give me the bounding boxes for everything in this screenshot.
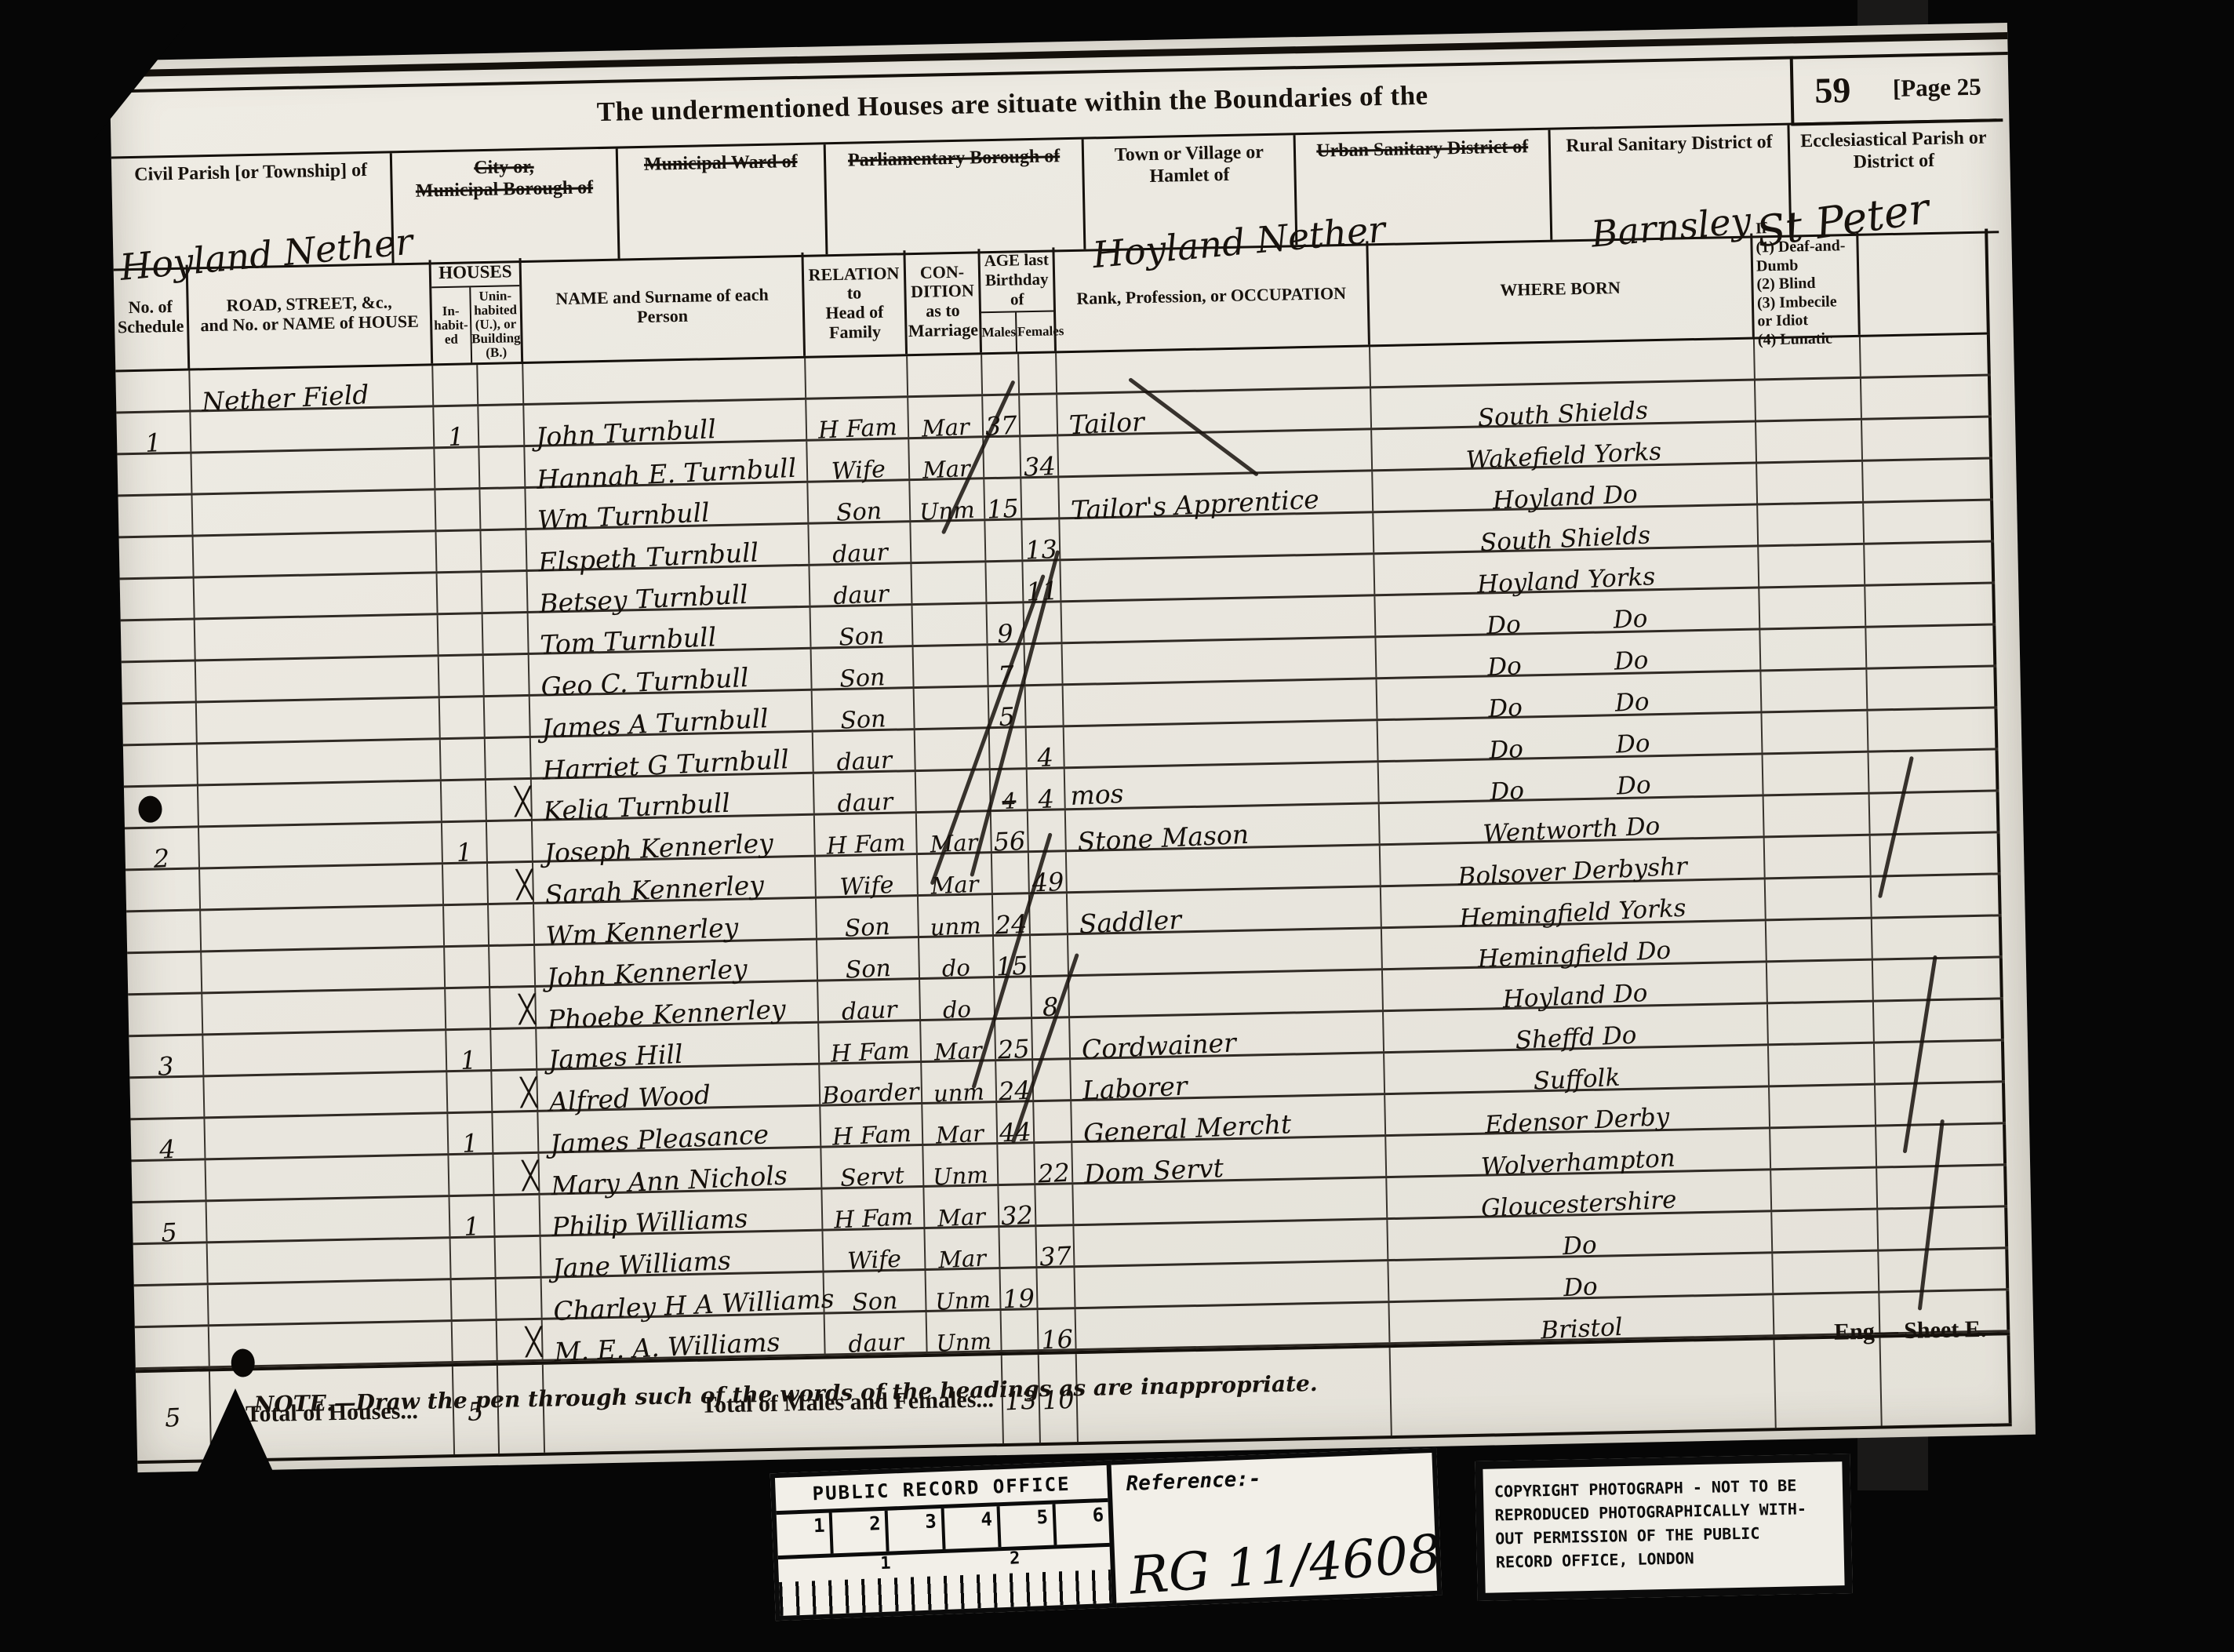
- handwritten-entry: Do: [1563, 1233, 1598, 1259]
- cell-schedule: [129, 1077, 205, 1118]
- inch-scale-number: 1: [880, 1554, 891, 1574]
- cell-road: [192, 490, 436, 534]
- cell-where-born: Hemingfield Yorks: [1381, 879, 1766, 926]
- cell-uninhabited: [497, 1279, 543, 1319]
- cell-occupation: [1067, 846, 1381, 891]
- cell-occupation: [1064, 679, 1378, 725]
- cell-where-born: Bristol: [1389, 1295, 1774, 1342]
- score-mark: ╳: [522, 1160, 539, 1192]
- cell-schedule: [126, 911, 202, 952]
- handwritten-entry: Son: [839, 666, 886, 692]
- cell-name: James Pleasance: [538, 1107, 821, 1152]
- cell-schedule: [115, 371, 191, 412]
- cell-schedule: 3: [129, 1035, 204, 1076]
- cell-where-born: Hoyland Do: [1373, 464, 1758, 511]
- handwritten-entry: daur: [835, 749, 892, 775]
- cell-infirmity: [1757, 462, 1864, 504]
- district-field-label: Civil Parish [or Township] of: [111, 159, 390, 187]
- cell-name: Alfred Wood╳: [537, 1065, 820, 1110]
- cell-name: James Hill: [537, 1024, 820, 1068]
- cell-road: [191, 407, 435, 451]
- cell-condition: [916, 770, 991, 811]
- cell-condition: [908, 355, 983, 395]
- cell-relation: Son: [811, 606, 914, 647]
- cell-uninhabited: [484, 655, 530, 695]
- cell-occupation: [1061, 555, 1375, 600]
- cell-age-female: 37: [1036, 1226, 1075, 1266]
- cell-name: Tom Turnbull: [529, 608, 812, 653]
- cell-schedule: 1: [116, 413, 191, 453]
- cell-relation: Wife: [816, 855, 919, 897]
- district-field-label: Urban Sanitary District of: [1296, 136, 1548, 163]
- cell-where-born: South Shields: [1371, 380, 1756, 428]
- cell-relation: daur: [809, 522, 911, 564]
- cell-age-female: [1020, 395, 1058, 435]
- cell-uninhabited: [481, 530, 527, 570]
- cell-relation: H Fam: [822, 1188, 925, 1229]
- cell-name: Wm Turnbull: [526, 483, 809, 528]
- district-field: Town or Village or Hamlet ofHoyland Neth…: [1084, 135, 1298, 249]
- page-label: [Page 25: [1893, 73, 1981, 103]
- cell-occupation: Tailor: [1057, 388, 1372, 434]
- cell-age-female: 34: [1021, 436, 1059, 476]
- cell-margin: [1862, 417, 1992, 459]
- cell-name: Mary Ann Nichols╳: [539, 1148, 822, 1193]
- cell-infirmity: [1759, 545, 1865, 587]
- cell-occupation: Tailor's Apprentice: [1059, 471, 1374, 517]
- cell-inhabited: [441, 739, 486, 779]
- cell-age-male: [982, 354, 1020, 394]
- cell-age-female: [1021, 478, 1060, 518]
- cell-where-born: Do Do: [1379, 755, 1764, 802]
- cell-margin: [1865, 542, 1995, 584]
- handwritten-entry: 9: [997, 620, 1014, 646]
- district-field-label: City or, Municipal Borough of: [392, 155, 617, 203]
- age-unit-note: mos: [1070, 781, 1125, 809]
- cell-occupation: General Mercht: [1072, 1095, 1386, 1141]
- cell-road: [200, 864, 444, 908]
- cell-name: Joseph Kennerley: [533, 816, 816, 861]
- cell-margin: [1874, 999, 2004, 1041]
- cell-uninhabited: [491, 1029, 537, 1069]
- cell-road: [203, 1031, 447, 1075]
- struck-age: 4: [1001, 790, 1016, 813]
- cell-road: [202, 948, 446, 992]
- cell-infirmity: [1759, 587, 1866, 628]
- cell-where-born: Hoyland Do: [1383, 962, 1768, 1010]
- handwritten-entry: Suffolk: [1533, 1066, 1621, 1094]
- cell-age-female: [1031, 935, 1069, 975]
- cell-name: Phoebe Kennerley╳: [536, 982, 819, 1027]
- cell-occupation: [1061, 596, 1376, 642]
- handwritten-entry: H Fam: [833, 1206, 913, 1233]
- cell-relation: daur: [810, 564, 912, 606]
- cell-occupation: Laborer: [1071, 1053, 1385, 1099]
- cell-where-born: South Shields: [1374, 505, 1759, 552]
- cell-infirmity: [1770, 1127, 1877, 1169]
- cell-condition: [911, 562, 987, 603]
- folio-box: 59 [Page 25: [1790, 54, 2003, 126]
- cell-schedule: [118, 496, 194, 537]
- handwritten-entry: Unm: [935, 1288, 991, 1313]
- cell-schedule: 5: [133, 1202, 208, 1243]
- cell-where-born: Wolverhampton: [1386, 1129, 1771, 1176]
- cell-condition: [915, 687, 990, 728]
- handwritten-entry: Unm: [933, 1163, 989, 1188]
- cell-age-male: 15: [984, 478, 1022, 519]
- cell-inhabited: [442, 781, 487, 821]
- cell-relation: Son: [817, 938, 920, 980]
- cell-age-female: [1034, 1101, 1072, 1141]
- cell-age-male: [992, 853, 1030, 893]
- cell-uninhabited: [486, 738, 532, 778]
- district-field: Parliamentary Borough of: [825, 140, 1086, 255]
- cell-margin: [1872, 875, 2002, 916]
- column-header-relation: RELATION to Head of Family: [803, 250, 908, 356]
- column-header-houses: HOUSES: [431, 258, 520, 288]
- handwritten-entry: 22: [1037, 1160, 1070, 1187]
- cell-condition: unm: [922, 1061, 997, 1102]
- cell-name: John Turnbull: [524, 400, 807, 445]
- handwritten-entry: 1: [456, 839, 473, 865]
- handwritten-entry: daur: [841, 999, 897, 1024]
- handwritten-entry: Wife: [831, 458, 886, 484]
- cm-scale-number: 1: [777, 1512, 834, 1556]
- cell-occupation: [1075, 1261, 1389, 1307]
- cell-schedule: 2: [125, 828, 200, 868]
- cell-uninhabited: [489, 904, 535, 944]
- cell-inhabited: [439, 656, 485, 696]
- cell-occupation: [1064, 721, 1379, 766]
- cell-name: John Kennerley: [535, 941, 818, 985]
- handwritten-entry: H Fam: [826, 831, 906, 859]
- cell-infirmity: [1771, 1169, 1878, 1210]
- cell-occupation: [1057, 347, 1371, 392]
- folio-number: 59: [1814, 68, 1851, 111]
- score-mark: ╳: [526, 1326, 542, 1358]
- cell-road: Nether Field: [190, 366, 434, 409]
- cell-condition: Mar: [908, 396, 984, 437]
- cell-infirmity: [1756, 420, 1863, 462]
- cell-occupation: [1074, 1220, 1388, 1265]
- district-field-label: Ecclesiastical Parish or District of: [1790, 127, 1998, 174]
- score-mark: ╳: [518, 994, 535, 1025]
- cell-name: Betsey Turnbull: [528, 566, 811, 611]
- cell-relation: Wife: [807, 439, 910, 481]
- cell-relation: Son: [812, 647, 915, 689]
- cell-road: [195, 615, 439, 659]
- cell-relation: H Fam: [806, 398, 909, 439]
- cell-age-male: 56: [991, 811, 1029, 851]
- census-scan-photo: The undermentioned Houses are situate wi…: [0, 0, 2234, 1652]
- cell-road: [194, 532, 438, 576]
- cell-uninhabited: [482, 572, 529, 612]
- handwritten-entry: Mar: [921, 416, 970, 441]
- handwritten-entry: Unm: [936, 1330, 992, 1355]
- score-mark: ╳: [520, 1077, 537, 1108]
- cell-schedule: [135, 1326, 210, 1367]
- handwritten-entry: do: [943, 998, 972, 1022]
- cell-margin: [1861, 334, 1991, 376]
- cell-inhabited: 1: [434, 406, 479, 446]
- column-header-margin: [1858, 229, 1990, 335]
- cell-margin: [1863, 459, 1993, 500]
- handwritten-entry: daur: [847, 1331, 904, 1357]
- cell-inhabited: [446, 988, 491, 1028]
- cell-inhabited: [444, 905, 489, 945]
- cell-schedule: [128, 994, 203, 1035]
- cell-infirmity: [1762, 711, 1868, 753]
- handwritten-entry: H Fam: [830, 1039, 910, 1067]
- handwritten-entry: 19: [1002, 1286, 1035, 1312]
- handwritten-entry: 4: [1038, 786, 1055, 812]
- district-field: Municipal Ward of: [617, 144, 828, 258]
- cell-relation: [806, 356, 908, 398]
- cell-schedule: 4: [130, 1119, 206, 1159]
- cell-occupation: [1069, 970, 1384, 1016]
- handwritten-entry: 1: [460, 1047, 478, 1073]
- cell-where-born: Do: [1388, 1254, 1774, 1301]
- handwritten-entry: Servt: [840, 1164, 905, 1191]
- cell-uninhabited: [495, 1195, 541, 1235]
- cell-inhabited: [440, 697, 486, 737]
- cell-road: [201, 906, 445, 950]
- cell-inhabited: [435, 448, 480, 488]
- cell-occupation: [1076, 1303, 1391, 1348]
- cell-name: [523, 358, 806, 403]
- cell-relation: Son: [813, 689, 915, 730]
- cell-uninhabited: [487, 821, 533, 861]
- cm-scale-number: 4: [944, 1506, 1001, 1549]
- cm-scale-number: 2: [832, 1511, 890, 1554]
- cell-name: James A Turnbull: [530, 691, 813, 736]
- handwritten-entry: unm: [930, 915, 981, 940]
- cell-relation: Son: [817, 897, 919, 938]
- cell-inhabited: 1: [448, 1113, 493, 1153]
- cell-margin: [1865, 584, 1996, 625]
- cell-condition: [913, 604, 988, 645]
- cell-age-male: [986, 562, 1024, 602]
- handwritten-entry: Son: [839, 624, 885, 650]
- cell-occupation: [1063, 638, 1377, 683]
- cell-inhabited: [433, 365, 478, 405]
- handwritten-entry: 32: [1001, 1203, 1034, 1229]
- handwritten-entry: Son: [844, 915, 890, 941]
- handwritten-entry: 37: [1039, 1243, 1072, 1270]
- handwritten-entry: 5: [161, 1220, 178, 1246]
- cell-infirmity: [1761, 670, 1868, 711]
- handwritten-entry: 56: [993, 828, 1026, 855]
- cell-where-born: Do Do: [1376, 630, 1761, 677]
- cell-age-female: 4: [1028, 769, 1066, 809]
- cell-road: [206, 1155, 450, 1199]
- cell-name: Hannah E. Turnbull: [525, 442, 808, 486]
- handwritten-entry: 4: [159, 1137, 176, 1163]
- cell-age-female: [1037, 1268, 1075, 1308]
- cell-relation: Son: [824, 1271, 927, 1312]
- handwritten-entry: do: [942, 956, 971, 981]
- cell-infirmity: [1772, 1210, 1879, 1252]
- cell-inhabited: [438, 614, 484, 654]
- cell-infirmity: [1770, 1086, 1876, 1127]
- cell-uninhabited: [478, 406, 525, 446]
- cell-uninhabited: [485, 697, 531, 737]
- cell-margin: [1864, 500, 1994, 542]
- cell-relation: Servt: [821, 1146, 924, 1188]
- cell-name: Geo C. Turnbull: [529, 650, 813, 694]
- cell-road: [198, 781, 442, 825]
- cell-inhabited: 1: [446, 1030, 492, 1070]
- sheet-label: Eng— Sheet E.: [1834, 1316, 1987, 1346]
- cell-age-male: 32: [999, 1185, 1036, 1225]
- cell-where-born: Do Do: [1375, 588, 1760, 635]
- cell-where-born: Do Do: [1378, 713, 1763, 760]
- cell-infirmity: [1755, 337, 1861, 379]
- reference-value: RG 11/4608: [1127, 1523, 1443, 1607]
- cell-infirmity: [1756, 379, 1862, 420]
- handwritten-entry: daur: [837, 791, 893, 817]
- cell-occupation: Dom Servt: [1072, 1137, 1387, 1182]
- district-field: City or, Municipal Borough of: [392, 149, 620, 264]
- cell-schedule: [127, 952, 202, 993]
- cell-road: [197, 698, 441, 742]
- cell-margin: [1878, 1207, 2008, 1249]
- handwritten-entry: 15: [986, 496, 1019, 522]
- cell-occupation: mos: [1065, 762, 1380, 808]
- cell-where-born: Hemingfield Do: [1382, 921, 1767, 968]
- census-page: The undermentioned Houses are situate wi…: [109, 23, 2036, 1472]
- cell-schedule: [123, 744, 198, 785]
- cell-age-female: 22: [1035, 1143, 1073, 1183]
- cell-road: [207, 1197, 451, 1241]
- cell-condition: Mar: [925, 1228, 1000, 1268]
- pro-reference-section: Reference:- RG 11/4608: [1111, 1448, 1442, 1608]
- cell-age-female: [1030, 893, 1068, 933]
- cell-where-born: Do: [1388, 1212, 1773, 1259]
- handwritten-entry: Bristol: [1540, 1315, 1623, 1344]
- cell-inhabited: [438, 573, 483, 613]
- column-header-uninhabited: Unin- habited (U.), or Building (B.): [471, 286, 521, 362]
- cell-relation: Boarder: [820, 1063, 922, 1104]
- cell-occupation: [1058, 430, 1373, 475]
- cell-road: [196, 657, 440, 700]
- score-mark: ╳: [516, 869, 533, 901]
- cell-margin: [1867, 667, 1997, 708]
- cell-schedule: [134, 1285, 209, 1326]
- cm-scale-number: 6: [1055, 1502, 1109, 1545]
- cell-inhabited: [453, 1321, 498, 1361]
- inch-scale-number: 2: [1010, 1548, 1021, 1568]
- cell-margin: [1879, 1249, 2009, 1290]
- handwritten-entry: 16: [1040, 1326, 1073, 1353]
- cell-uninhabited: [479, 447, 526, 487]
- cell-infirmity: [1764, 795, 1871, 836]
- cell-inhabited: [451, 1238, 497, 1278]
- handwritten-entry: daur: [831, 541, 888, 567]
- cell-schedule: [122, 661, 197, 702]
- cell-road: [209, 1280, 453, 1324]
- cell-margin: [1870, 791, 2000, 833]
- handwritten-entry: 1: [145, 430, 162, 456]
- district-field: Ecclesiastical Parish or District ofSt P…: [1790, 121, 1999, 235]
- cell-inhabited: [443, 864, 489, 904]
- handwritten-entry: Son: [840, 708, 886, 733]
- cell-inhabited: [436, 531, 482, 571]
- cell-schedule: [122, 703, 198, 744]
- handwritten-entry: Mar: [933, 1039, 982, 1064]
- column-header-age: AGE last Birthday of: [980, 247, 1053, 313]
- totals-schedule-value: 5: [165, 1405, 182, 1431]
- cell-age-female: [1035, 1184, 1074, 1224]
- cell-relation: daur: [818, 980, 921, 1021]
- cell-infirmity: [1758, 504, 1865, 545]
- cm-scale-number: 5: [999, 1504, 1057, 1547]
- cell-inhabited: 1: [450, 1196, 496, 1236]
- cell-margin: [1868, 708, 1998, 750]
- column-header-name: NAME and Surname of each Person: [522, 253, 806, 362]
- cell-age-female: [1019, 353, 1057, 393]
- cell-margin: [1873, 958, 2003, 999]
- census-table: No. of Schedule ROAD, STREET, &c., and N…: [114, 229, 2012, 1465]
- cell-where-born: Suffolk: [1384, 1046, 1770, 1093]
- cell-age-male: [999, 1227, 1037, 1267]
- cell-age-male: [1002, 1310, 1039, 1350]
- handwritten-entry: 13: [1024, 537, 1057, 563]
- column-header-age-group: AGE last Birthday of Males Females: [980, 247, 1057, 352]
- cell-infirmity: [1773, 1252, 1879, 1294]
- reference-label: Reference:-: [1126, 1461, 1433, 1496]
- cell-relation: H Fam: [815, 813, 918, 855]
- cell-schedule: [117, 454, 192, 495]
- cell-condition: Unm: [923, 1144, 999, 1185]
- cell-name: Kelia Turnbull╳: [532, 774, 815, 819]
- cell-infirmity: [1769, 1044, 1876, 1086]
- handwritten-entry: Son: [845, 957, 891, 983]
- cell-name: Harriet G Turnbull: [531, 733, 814, 777]
- cell-age-female: 16: [1039, 1309, 1077, 1349]
- handwritten-entry: Mar: [935, 1123, 984, 1148]
- cell-relation: daur: [825, 1312, 928, 1354]
- cell-road: [205, 1114, 449, 1158]
- cell-condition: Unm: [926, 1269, 1002, 1310]
- handwritten-entry: daur: [832, 583, 889, 609]
- cell-infirmity: [1763, 753, 1870, 795]
- cell-road: [204, 1072, 448, 1116]
- cell-inhabited: [435, 489, 481, 529]
- cell-age-female: [1026, 686, 1064, 726]
- cell-infirmity: [1768, 1002, 1875, 1044]
- cell-where-born: Bolsover Derbyshr: [1381, 838, 1766, 885]
- cell-infirmity: [1767, 961, 1874, 1002]
- cell-condition: do: [920, 978, 995, 1019]
- cell-name: Sarah Kennerley╳: [533, 857, 817, 902]
- handwritten-entry: Mar: [930, 831, 978, 857]
- district-field-label: Town or Village or Hamlet of: [1084, 141, 1294, 189]
- cell-condition: [914, 646, 989, 686]
- cell-where-born: Do Do: [1377, 671, 1763, 719]
- handwritten-entry: 2: [153, 846, 170, 871]
- cell-margin: [1877, 1166, 2007, 1207]
- cell-name: Philip Williams: [540, 1190, 823, 1235]
- handwritten-entry: Do: [1563, 1275, 1599, 1301]
- cell-infirmity: [1766, 878, 1872, 919]
- district-field-label: Parliamentary Borough of: [825, 146, 1082, 173]
- column-header-houses-group: HOUSES In- habit- ed Unin- habited (U.),…: [431, 258, 524, 363]
- district-field-label: Municipal Ward of: [618, 151, 824, 176]
- cell-uninhabited: [483, 613, 529, 653]
- cell-margin: [1861, 376, 1992, 417]
- cell-condition: Unm: [927, 1311, 1002, 1352]
